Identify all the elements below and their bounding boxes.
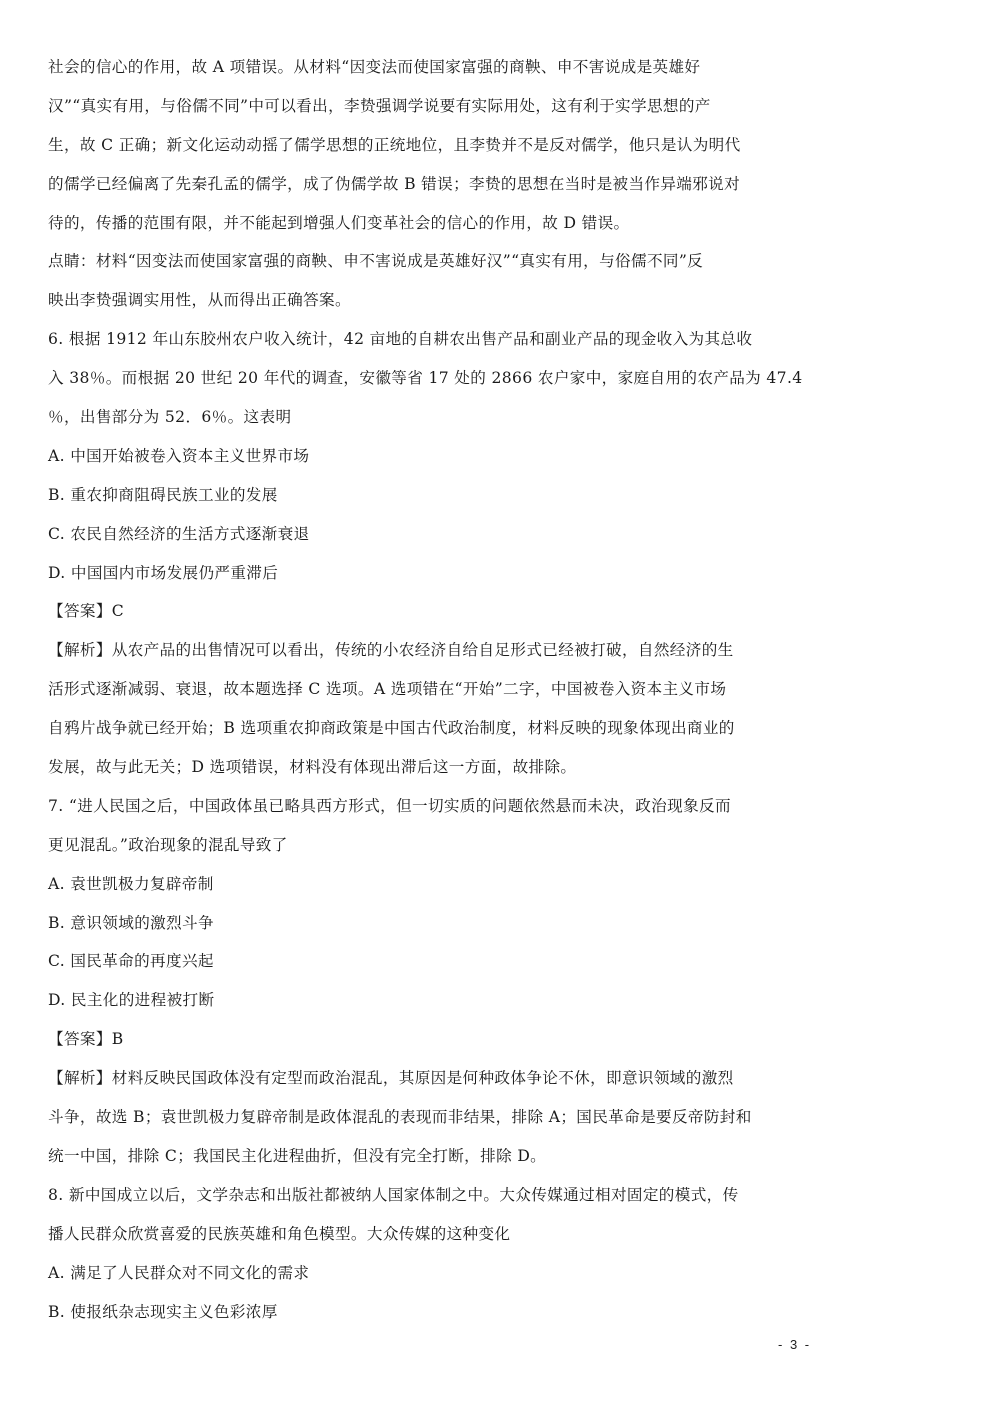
option-c: C. 农民自然经济的生活方式逐渐衰退 — [48, 521, 808, 560]
text-line: 生，故 C 正确；新文化运动动摇了儒学思想的正统地位，且李贽并不是反对儒学，他只… — [48, 132, 808, 171]
option-a: A. 满足了人民群众对不同文化的需求 — [48, 1260, 808, 1299]
question-stem: 6. 根据 1912 年山东胶州农户收入统计，42 亩地的自耕农出售产品和副业产… — [48, 326, 808, 365]
option-b: B. 意识领域的激烈斗争 — [48, 910, 808, 949]
question-7: 7. “进人民国之后，中国政体虽已略具西方形式，但一切实质的问题依然悬而未决，政… — [48, 793, 808, 1182]
option-b: B. 重农抑商阻碍民族工业的发展 — [48, 482, 808, 521]
text-line: 的儒学已经偏离了先秦孔孟的儒学，成了伪儒学故 B 错误；李贽的思想在当时是被当作… — [48, 171, 808, 210]
document-page: 社会的信心的作用，故 A 项错误。从材料“因变法而使国家富强的商鞅、申不害说成是… — [48, 54, 808, 1337]
question-6: 6. 根据 1912 年山东胶州农户收入统计，42 亩地的自耕农出售产品和副业产… — [48, 326, 808, 793]
analysis-text: 【解析】从农产品的出售情况可以看出，传统的小农经济自给自足形式已经被打破，自然经… — [48, 637, 808, 676]
text-line: 社会的信心的作用，故 A 项错误。从材料“因变法而使国家富强的商鞅、申不害说成是… — [48, 54, 808, 93]
analysis-text: 自鸦片战争就已经开始；B 选项重农抑商政策是中国古代政治制度，材料反映的现象体现… — [48, 715, 808, 754]
answer-label: 【答案】B — [48, 1026, 808, 1065]
option-a: A. 中国开始被卷入资本主义世界市场 — [48, 443, 808, 482]
analysis-text: 统一中国，排除 C；我国民主化进程曲折，但没有完全打断，排除 D。 — [48, 1143, 808, 1182]
tip-line: 点睛：材料“因变法而使国家富强的商鞅、申不害说成是英雄好汉”“真实有用，与俗儒不… — [48, 248, 808, 287]
analysis-text: 活形式逐渐减弱、衰退，故本题选择 C 选项。A 选项错在“开始”二字，中国被卷入… — [48, 676, 808, 715]
option-c: C. 国民革命的再度兴起 — [48, 948, 808, 987]
option-d: D. 中国国内市场发展仍严重滞后 — [48, 560, 808, 599]
question-stem: 8. 新中国成立以后，文学杂志和出版社都被纳人国家体制之中。大众传媒通过相对固定… — [48, 1182, 808, 1221]
question-stem: 入 38％。而根据 20 世纪 20 年代的调查，安徽等省 17 处的 2866… — [48, 365, 808, 404]
text-line: 汉”“真实有用，与俗儒不同”中可以看出，李贽强调学说要有实际用处，这有利于实学思… — [48, 93, 808, 132]
analysis-text: 斗争，故选 B；袁世凯极力复辟帝制是政体混乱的表现而非结果，排除 A；国民革命是… — [48, 1104, 808, 1143]
question-stem: 播人民群众欣赏喜爱的民族英雄和角色模型。大众传媒的这种变化 — [48, 1221, 808, 1260]
page-number: - 3 - — [778, 1337, 811, 1352]
analysis-text: 发展，故与此无关；D 选项错误，材料没有体现出滞后这一方面，故排除。 — [48, 754, 808, 793]
option-d: D. 民主化的进程被打断 — [48, 987, 808, 1026]
question-stem: 更见混乱。”政治现象的混乱导致了 — [48, 832, 808, 871]
tip-line: 映出李贽强调实用性，从而得出正确答案。 — [48, 287, 808, 326]
question-stem: ％，出售部分为 52．6％。这表明 — [48, 404, 808, 443]
option-a: A. 袁世凯极力复辟帝制 — [48, 871, 808, 910]
analysis-text: 【解析】材料反映民国政体没有定型而政治混乱，其原因是何种政体争论不休，即意识领域… — [48, 1065, 808, 1104]
option-b: B. 使报纸杂志现实主义色彩浓厚 — [48, 1299, 808, 1338]
answer-label: 【答案】C — [48, 598, 808, 637]
text-line: 待的，传播的范围有限，并不能起到增强人们变革社会的信心的作用，故 D 错误。 — [48, 210, 808, 249]
question-8: 8. 新中国成立以后，文学杂志和出版社都被纳人国家体制之中。大众传媒通过相对固定… — [48, 1182, 808, 1338]
question-stem: 7. “进人民国之后，中国政体虽已略具西方形式，但一切实质的问题依然悬而未决，政… — [48, 793, 808, 832]
